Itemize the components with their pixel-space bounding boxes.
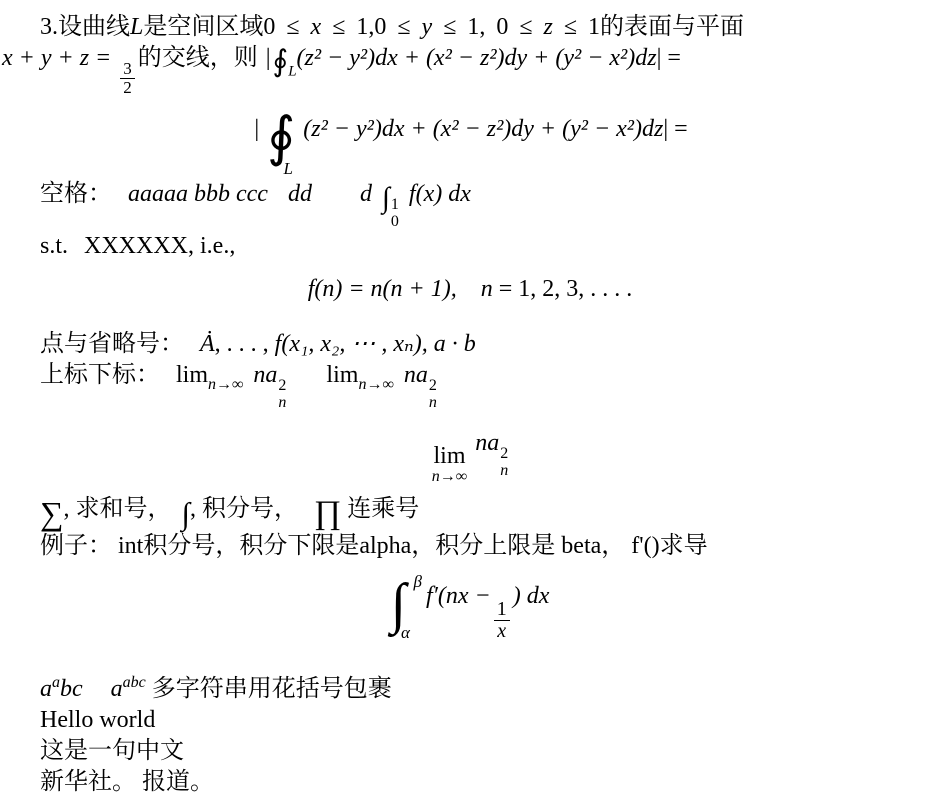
math-ellipsis: , . . . , [215,331,275,357]
integral-subscript-L: L [283,160,292,177]
integral-subscript-L: L [288,64,296,80]
lim-operator: lim [326,362,358,388]
problem-text: 的表面与平面 [600,14,744,40]
supsub-demo-line: 上标下标：limn→∞na2nlimn→∞na2n [40,360,900,412]
math-var-x: x [311,14,322,40]
sum-label: , 求和号， [64,496,172,522]
fraction-one-over-x: 1x [494,599,510,642]
display-equation-fn: f(n) = n(n + 1),n = 1, 2, 3, . . . . [40,274,900,305]
fraction-denominator: x [494,621,509,642]
superscript-abc: abc [123,674,146,691]
subscript-n: n [278,395,286,412]
superscript-2: 2 [429,378,437,395]
math-n-values: = 1, 2, 3, . . . . [493,276,633,302]
hello-world-line: Hello world [40,705,900,736]
problem-statement-line-2: x + y + z = 32的交线，则 |∮L(z² − y²)dx + (x²… [2,43,900,96]
integral-lower-bound-alpha: α [401,624,410,641]
integral-bounds: 10 [391,197,399,231]
supsub-stack: 2n [278,378,286,412]
spacing-label: 空格： [40,181,112,207]
operators-line: ∑, 求和号，∫, 积分号，∏ 连乘号 [40,494,900,531]
lim-stack: limn→∞ [432,444,467,486]
integral-upper-bound-beta: β [413,573,421,590]
spacing-demo-line: 空格：aaaaa bbb cccddd∫10f(x) dx [40,179,900,231]
math-var-y: y [422,14,433,40]
example-text: 例子： int积分号，积分下限是alpha，积分上限是 beta， f'()求导 [40,533,708,559]
contour-integral-icon: ∮L [267,115,295,161]
fraction-three-halves: 32 [120,60,135,97]
math-ineq: ≤ 1 [553,14,600,40]
product-label: 连乘号 [341,496,419,522]
integral-label: , 积分号， [190,496,298,522]
math-var-n: n [481,276,493,302]
supsub-stack: 2n [500,446,508,480]
lim-subscript: n→∞ [208,377,243,394]
superscript-2: 2 [278,378,286,395]
subscript-n: n [500,463,508,480]
abs-bar: | [264,45,273,71]
chinese-sentence-line: 这是一句中文 [40,736,900,767]
display-equation-contour-integral: |∮L(z² − y²)dx + (x² − z²)dy + (y² − x²)… [40,114,900,171]
integral-icon: ∫ [382,182,390,214]
math-na: na [475,430,499,456]
superscript-2: 2 [500,446,508,463]
latex-document: 3.设曲线L是空间区域0 ≤ x ≤ 1,0 ≤ y ≤ 1, 0 ≤ z ≤ … [0,0,940,798]
contour-integral-icon: ∮ [273,45,289,78]
math-var-a: a [40,676,52,702]
integral-upper-bound: 1 [391,197,399,214]
math-na: na [253,362,277,388]
problem-text: 是空间区域 [143,14,263,40]
st-line: s.t.XXXXXX, i.e., [40,231,900,262]
problem-statement-line-1: 3.设曲线L是空间区域0 ≤ x ≤ 1,0 ≤ y ≤ 1, 0 ≤ z ≤ … [40,12,900,43]
example-line: 例子： int积分号，积分下限是alpha，积分上限是 beta， f'()求导 [40,531,900,562]
lim-under-limit: n→∞ [432,469,467,486]
st-body: XXXXXX, i.e., [84,233,235,259]
math-na: na [404,362,428,388]
abs-bar-equals: | = [663,116,687,142]
math-integrand: (z² − y²)dx + (x² − z²)dy + (y² − x²)dz [303,116,663,142]
math-ineq: ≤ 1,0 ≤ [321,14,421,40]
math-aaaaa: aaaaa bbb ccc [128,181,268,207]
math-close-dx: ) dx [513,583,550,609]
math-f-args: f(x₁, x₂, ⋯ , xₙ), a · b [275,331,476,357]
supsub-stack: 2n [429,378,437,412]
math-integrand: (z² − y²)dx + (x² − z²)dy + (y² − x²)dz [297,45,657,71]
lim-operator: lim [176,362,208,388]
math-var-a: a [111,676,123,702]
display-equation-lim: limn→∞na2n [40,428,900,486]
abs-bar: | [252,116,261,142]
fraction-denominator: 2 [120,79,135,97]
product-operator-icon: ∏ [314,495,341,531]
math-dd: dd [288,181,312,207]
math-d: d [360,181,372,207]
abs-bar-equals: | = [657,45,681,71]
problem-text: 的交线，则 [138,45,264,71]
math-fn-formula: f(n) = n(n + 1), [308,276,457,302]
lim-subscript: n→∞ [358,377,393,394]
xinhua-text: 新华社。 报道。 [40,769,214,795]
integral-operator-icon: ∫ [182,496,191,531]
chinese-sentence-text: 这是一句中文 [40,738,184,764]
math-ineq: ≤ 1, 0 ≤ [432,14,543,40]
fraction-numerator: 3 [120,60,135,79]
integral-with-limits: ∫βα [391,581,406,629]
superscript-a: a [52,674,60,691]
xinhua-line: 新华社。 报道。 [40,767,900,798]
math-A-dot: Ȧ [200,331,215,357]
math-var-L: L [130,14,143,40]
math-fx-dx: f(x) dx [409,181,471,207]
integral-lower-bound: 0 [391,214,399,231]
supsub-label: 上标下标： [40,362,160,388]
braces-note-text: 多字符串用花括号包裹 [146,676,392,702]
lim-operator: lim [433,444,465,469]
superscript-demo-line: aabcaabc 多字符串用花括号包裹 [40,674,900,705]
fraction-numerator: 1 [494,599,510,621]
display-equation-integral: ∫βαf′(nx −1x) dx [40,575,900,652]
hello-world-text: Hello world [40,707,155,733]
sum-operator-icon: ∑ [40,496,64,532]
st-label: s.t. [40,233,68,259]
math-plane-eq: x + y + z = [2,45,117,71]
dots-label: 点与省略号： [40,331,184,357]
math-ineq: 0 ≤ [263,14,310,40]
subscript-n: n [429,395,437,412]
problem-text: 3.设曲线 [40,14,130,40]
math-var-z: z [544,14,553,40]
dots-demo-line: 点与省略号：Ȧ, . . . , f(x₁, x₂, ⋯ , xₙ), a · … [40,329,900,360]
math-bc: bc [60,676,83,702]
math-fprime: f′(nx − [426,583,491,609]
